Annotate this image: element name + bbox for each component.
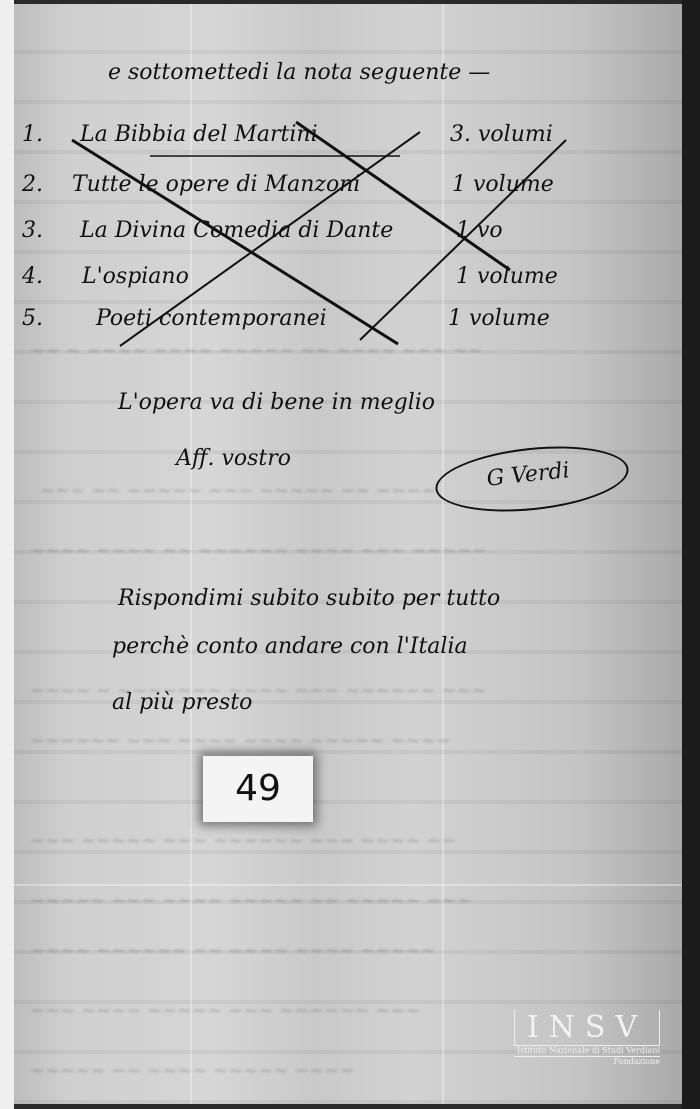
insv-subtitle: Fondazione — [514, 1056, 660, 1067]
postscript-line: perchè conto andare con l'Italia — [112, 634, 468, 659]
archive-number-tag: 49 — [203, 756, 313, 822]
postscript-line: Rispondimi subito subito per tutto — [118, 586, 500, 611]
postscript-line: al più presto — [112, 690, 252, 715]
closing-line: L'opera va di bene in meglio — [118, 390, 435, 415]
insv-watermark: INSV Istituto Nazionale di Studi Verdian… — [514, 1010, 660, 1067]
cross-out-marks — [0, 0, 700, 1109]
salutation: Aff. vostro — [176, 446, 291, 471]
insv-logo: INSV — [514, 1010, 660, 1045]
insv-name: Istituto Nazionale di Studi Verdiani — [514, 1045, 660, 1056]
